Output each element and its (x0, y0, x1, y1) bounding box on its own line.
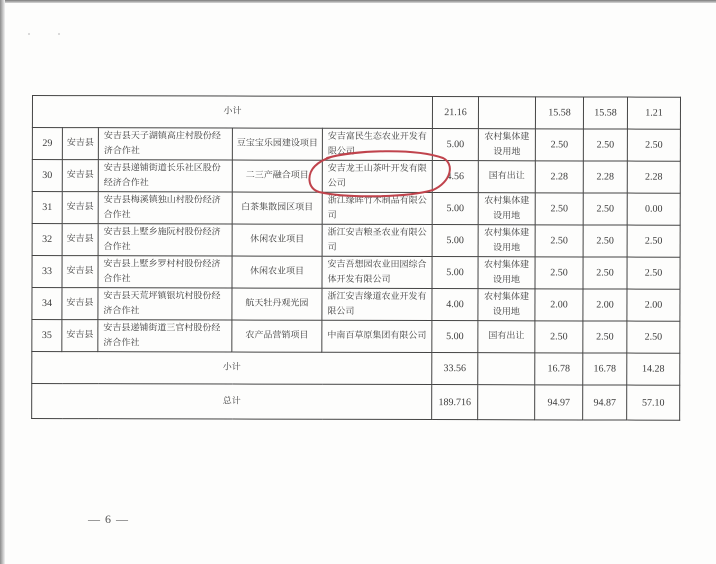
value-2: 2.50 (583, 225, 627, 257)
value-2: 2.50 (583, 193, 627, 225)
amount: 5.00 (432, 321, 478, 353)
value-1: 2.50 (535, 321, 583, 353)
land-type: 国有出让 (478, 161, 535, 193)
project-name: 航天牡丹观光园 (232, 288, 322, 320)
cooperative-name: 安吉县梅溪镇独山村股份经济合作社 (98, 192, 232, 224)
subtotal-land-type (478, 97, 535, 129)
table-row: 30安吉县安吉县递铺街道长乐社区股份经济合作社二三产融合项目安吉龙王山茶叶开发有… (32, 160, 680, 194)
scan-speck (28, 33, 30, 35)
county: 安吉县 (62, 256, 98, 288)
land-project-table: 小计 21.16 15.58 15.58 1.21 29安吉县安吉县天子湖镇高庄… (31, 95, 681, 421)
row-number: 30 (32, 160, 62, 192)
table-row: 35安吉县安吉县递铺街道三官村股份经济合作社农产品营销项目中南百草原集团有限公司… (32, 320, 680, 354)
cooperative-name: 安吉县递铺街道长乐社区股份经济合作社 (98, 160, 232, 192)
page-number: — 6 — (88, 512, 129, 527)
value-3: 2.28 (627, 161, 680, 193)
project-name: 白茶集散园区项目 (232, 192, 322, 224)
subtotal-value-3: 14.28 (627, 353, 680, 385)
value-3: 2.50 (627, 129, 680, 161)
land-type: 农村集体建设用地 (478, 193, 535, 225)
total-land-type (478, 385, 535, 420)
value-1: 2.00 (535, 289, 583, 321)
project-name: 豆宝宝乐园建设项目 (232, 128, 322, 160)
subtotal-value-2: 15.58 (583, 97, 627, 129)
value-1: 2.50 (535, 257, 583, 289)
subtotal-land-type (478, 353, 535, 385)
value-1: 2.50 (535, 193, 583, 225)
cooperative-name: 安吉县天荒坪镇银坑村股份经济合作社 (98, 288, 232, 320)
subtotal-label: 小计 (32, 96, 432, 129)
value-3: 2.50 (627, 321, 680, 353)
amount: 5.00 (432, 257, 478, 289)
subtotal-label: 小计 (32, 352, 432, 385)
project-name: 二三产融合项目 (232, 160, 322, 192)
amount: 5.00 (432, 193, 478, 225)
company-name: 安吉富民生态农业开发有限公司 (322, 128, 432, 160)
subtotal-row: 小计33.5616.7816.7814.28 (32, 352, 680, 386)
total-amount: 189.716 (432, 385, 478, 420)
county: 安吉县 (62, 224, 98, 256)
top-subtotal-row: 小计 21.16 15.58 15.58 1.21 (32, 96, 680, 130)
row-number: 29 (32, 128, 62, 160)
total-value-1: 94.97 (535, 385, 583, 420)
amount: 5.00 (432, 129, 478, 161)
company-name: 浙江缘晖竹木制品有限公司 (322, 192, 432, 224)
project-name: 农产品营销项目 (232, 320, 322, 352)
land-type: 农村集体建设用地 (478, 225, 535, 257)
value-3: 2.50 (627, 257, 680, 289)
table-row: 34安吉县安吉县天荒坪镇银坑村股份经济合作社航天牡丹观光园浙江安吉缘道农业开发有… (32, 288, 680, 322)
company-name: 浙江安吉缘道农业开发有限公司 (322, 288, 432, 320)
amount: 4.56 (432, 161, 478, 193)
value-2: 2.50 (583, 257, 627, 289)
total-value-3: 57.10 (627, 385, 680, 420)
subtotal-value-1: 16.78 (535, 353, 583, 385)
value-2: 2.50 (583, 129, 627, 161)
county: 安吉县 (62, 288, 98, 320)
value-1: 2.50 (535, 225, 583, 257)
value-3: 0.00 (627, 193, 680, 225)
row-number: 32 (32, 224, 62, 256)
row-number: 33 (32, 256, 62, 288)
row-number: 31 (32, 192, 62, 224)
total-value-2: 94.87 (583, 385, 627, 420)
value-1: 2.50 (535, 129, 583, 161)
subtotal-value-3: 1.21 (627, 97, 680, 129)
value-2: 2.28 (583, 161, 627, 193)
company-name: 中南百草原集团有限公司 (322, 320, 432, 352)
subtotal-value-1: 15.58 (535, 97, 583, 129)
subtotal-amount: 33.56 (432, 353, 478, 385)
cooperative-name: 安吉县天子湖镇高庄村股份经济合作社 (98, 128, 232, 160)
total-label: 总计 (32, 384, 432, 420)
value-1: 2.28 (535, 161, 583, 193)
row-number: 35 (32, 320, 62, 352)
scan-speck (58, 33, 60, 35)
scan-left-edge (0, 0, 5, 564)
subtotal-amount: 21.16 (432, 97, 478, 129)
table-row: 32安吉县安吉县上墅乡施阮村股份经济合作社休闲农业项目浙江安吉粮圣农业有限公司5… (32, 224, 680, 258)
cooperative-name: 安吉县上墅乡施阮村股份经济合作社 (98, 224, 232, 256)
land-type: 国有出让 (478, 321, 535, 353)
table-row: 31安吉县安吉县梅溪镇独山村股份经济合作社白茶集散园区项目浙江缘晖竹木制品有限公… (32, 192, 680, 226)
land-type: 农村集体建设用地 (478, 289, 535, 321)
value-3: 2.50 (627, 225, 680, 257)
county: 安吉县 (62, 320, 98, 352)
project-name: 休闲农业项目 (232, 256, 322, 288)
total-row: 总计189.71694.9794.8757.10 (32, 384, 680, 421)
value-2: 2.50 (583, 321, 627, 353)
row-number: 34 (32, 288, 62, 320)
table-row: 33安吉县安吉县上墅乡罗村村股份经济合作社休闲农业项目安吉吾想园农业田园综合体开… (32, 256, 680, 290)
scan-top-edge (0, 0, 716, 3)
land-type: 农村集体建设用地 (478, 257, 535, 289)
company-name: 安吉吾想园农业田园综合体开发有限公司 (322, 256, 432, 288)
land-type: 农村集体建设用地 (478, 129, 535, 161)
company-name: 安吉龙王山茶叶开发有限公司 (322, 160, 432, 192)
cooperative-name: 安吉县递铺街道三官村股份经济合作社 (98, 320, 232, 352)
value-2: 2.00 (583, 289, 627, 321)
amount: 5.00 (432, 225, 478, 257)
amount: 4.00 (432, 289, 478, 321)
county: 安吉县 (62, 160, 98, 192)
project-name: 休闲农业项目 (232, 224, 322, 256)
county: 安吉县 (62, 192, 98, 224)
table-row: 29安吉县安吉县天子湖镇高庄村股份经济合作社豆宝宝乐园建设项目安吉富民生态农业开… (32, 128, 680, 162)
cooperative-name: 安吉县上墅乡罗村村股份经济合作社 (98, 256, 232, 288)
subtotal-value-2: 16.78 (583, 353, 627, 385)
value-3: 2.00 (627, 289, 680, 321)
county: 安吉县 (62, 128, 98, 160)
company-name: 浙江安吉粮圣农业有限公司 (322, 224, 432, 256)
